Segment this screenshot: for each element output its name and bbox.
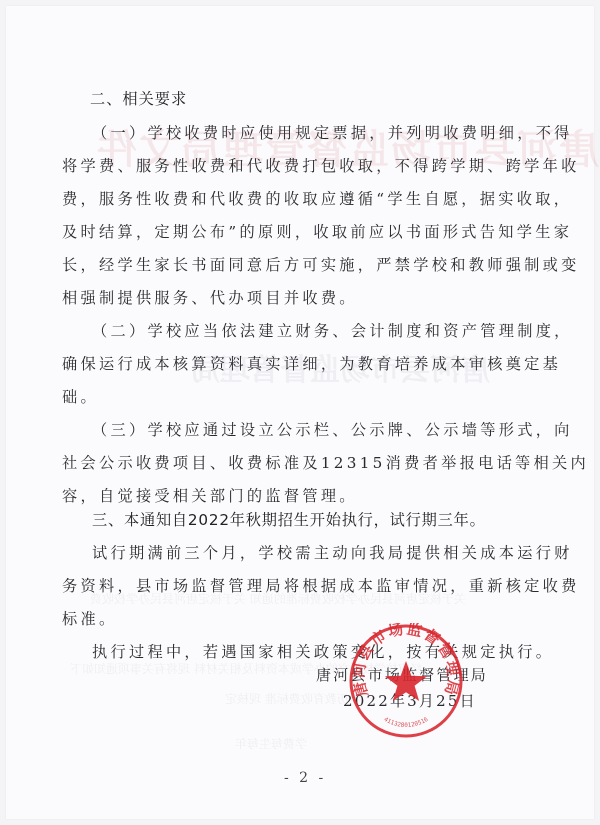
section-heading: 三、本通知自2022年秋期招生开始执行，试行期三年。 <box>92 509 486 530</box>
official-seal-icon: 唐河县市场监督管理局 4113280120516 <box>348 623 464 739</box>
paragraph-line: （三）学校应通过设立公示栏、公示牌、公示墙等形式，向 <box>92 419 573 440</box>
bleed-through-text: 学费每生每年 <box>235 735 307 752</box>
paragraph-line: 试行期满前三个月，学校需主动向我局提供相关成本运行财 <box>92 542 573 563</box>
paragraph-line: 执行过程中，若遇国家相关政策变化，按有关规定执行。 <box>92 641 554 662</box>
section-heading: 二、相关要求 <box>90 88 187 109</box>
paragraph-line: 容，自觉接受相关部门的监督管理。 <box>62 485 358 506</box>
seal-serial: 4113280120516 <box>383 716 430 729</box>
paragraph-line: 及时结算，定期公布”的原则，收取前应以书面形式告知学生家 <box>62 221 572 242</box>
paragraph-line: 相强制提供服务、代办项目并收费。 <box>62 287 358 308</box>
paragraph-line: 将学费、服务性收费和代收费打包收取，不得跨学期、跨学年收 <box>62 155 580 176</box>
paragraph-line: （二）学校应当依法建立财务、会计制度和资产管理制度， <box>92 320 573 341</box>
svg-text:4113280120516: 4113280120516 <box>383 716 430 729</box>
page-number: - 2 - <box>284 770 326 786</box>
paragraph-line: 础。 <box>62 386 99 407</box>
paragraph-line: 长，经学生家长书面同意后方可实施，严禁学校和教师强制或变 <box>62 254 580 275</box>
paragraph-line: 确保运行成本核算资料真实详细，为教育培养成本审核奠定基 <box>62 353 561 374</box>
paragraph-line: 费，服务性收费和代收费的收取应遵循“学生自愿，据实收取， <box>62 188 572 209</box>
paragraph-line: 务资料，县市场监督管理局将根据成本监审情况，重新核定收费 <box>62 575 580 596</box>
paragraph-line: 社会公示收费项目、收费标准及12315消费者举报电话等相关内 <box>62 452 589 473</box>
paragraph-line: （一）学校收费时应使用规定票据，并列明收费明细，不得 <box>92 122 573 143</box>
paragraph-line: 标准。 <box>62 608 117 629</box>
